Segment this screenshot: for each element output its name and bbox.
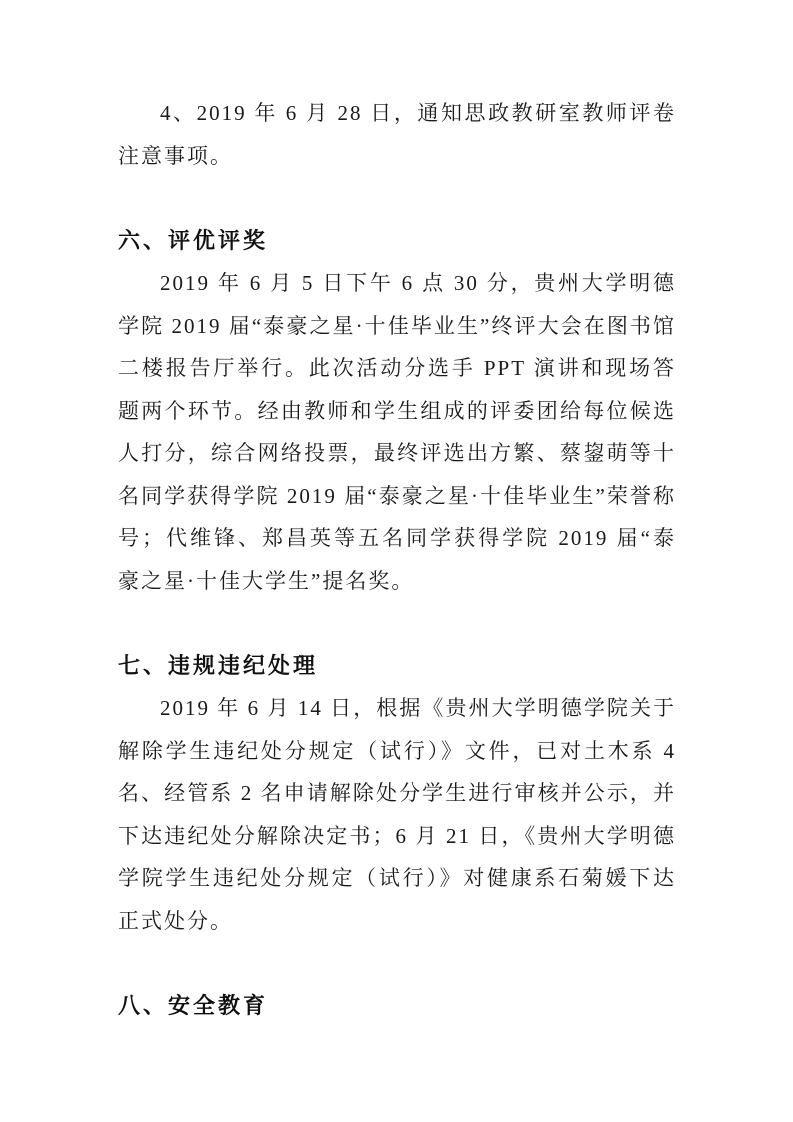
paragraph-discipline-handling: 2019 年 6 月 14 日，根据《贵州大学明德学院关于解除学生违纪处分规定（… bbox=[118, 687, 676, 942]
paragraph-top-ten-graduates: 2019 年 6 月 5 日下午 6 点 30 分，贵州大学明德学院 2019 … bbox=[118, 262, 676, 602]
paragraph-grading-notice: 4、2019 年 6 月 28 日，通知思政教研室教师评卷注意事项。 bbox=[118, 92, 676, 177]
heading-section-8-safety-education: 八、安全教育 bbox=[118, 985, 676, 1028]
document-page: 4、2019 年 6 月 28 日，通知思政教研室教师评卷注意事项。 六、评优评… bbox=[0, 0, 793, 1122]
heading-section-6-awards: 六、评优评奖 bbox=[118, 220, 676, 263]
heading-section-7-discipline: 七、违规违纪处理 bbox=[118, 645, 676, 688]
